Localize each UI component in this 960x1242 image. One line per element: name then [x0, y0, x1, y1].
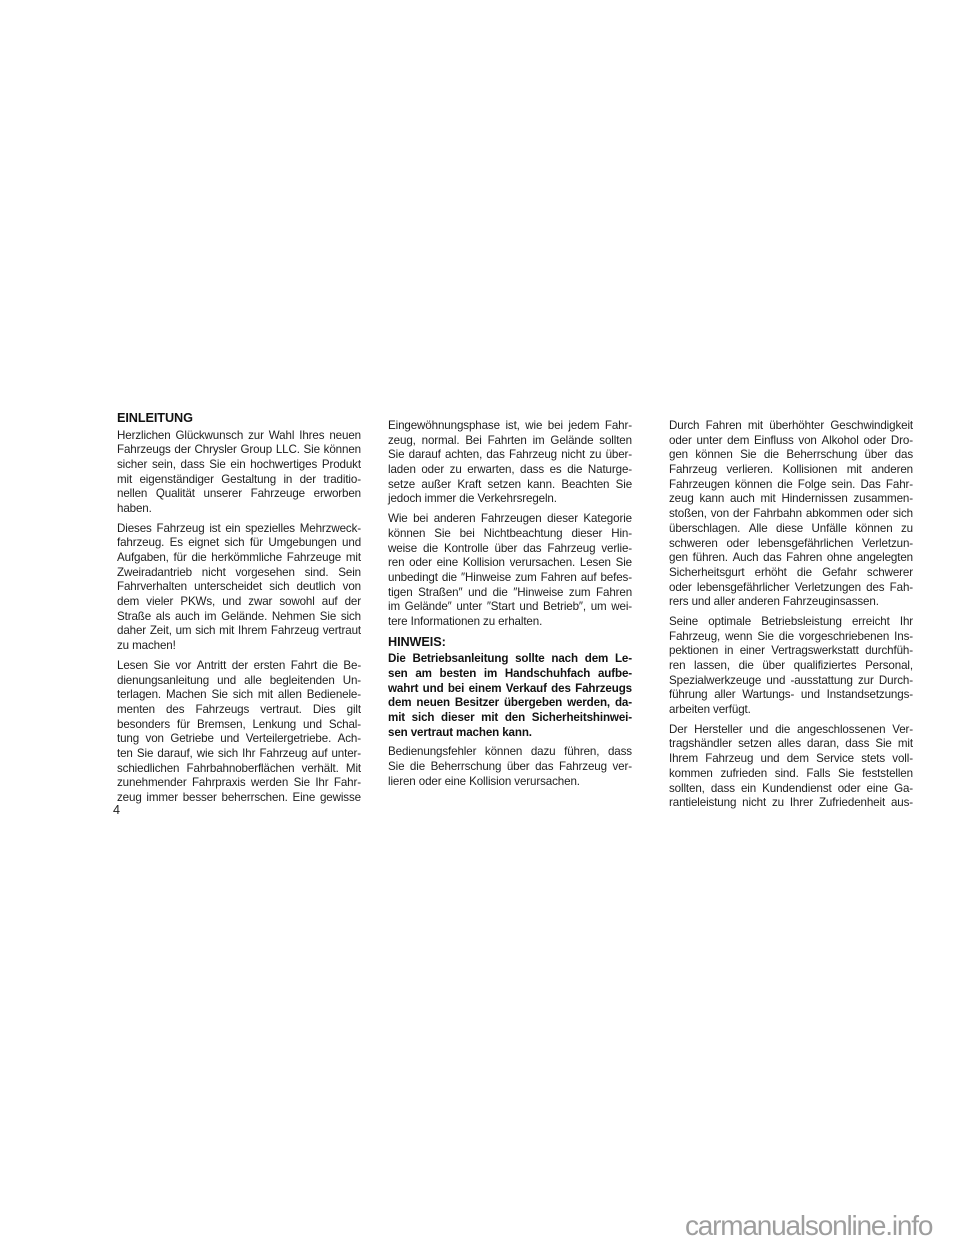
text-line: fahrzeug.EseignetsichfürUmgebungenund: [117, 536, 361, 551]
text-line: Siedaraufachten,dasFahrzeugnichtzuüber-: [388, 448, 632, 463]
text-line: mitsichdiesermitdenSicherheitshinwei-: [388, 711, 632, 726]
paragraph: HerzlichenGlückwunschzurWahlIhresneuenFa…: [117, 429, 361, 517]
text-line: rers und aller anderen Fahrzeuginsassen.: [669, 595, 913, 610]
text-line: SeineoptimaleBetriebsleistungerreichtIhr: [669, 615, 913, 630]
text-line: Fahrzeug,wennSiedievorgeschriebenenIns-: [669, 630, 913, 645]
text-line: zu machen!: [117, 639, 361, 654]
text-line: genkönnenSiedieBeherrschungüberdas: [669, 448, 913, 463]
text-line: wahrtundbeieinemVerkaufdesFahrzeugs: [388, 682, 632, 697]
text-line: Eingewöhnungsphaseist,wiebeijedemFahr-: [388, 419, 632, 434]
text-line: stoßen,vonderFahrbahnabkommenodersich: [669, 507, 913, 522]
section-heading: HINWEIS:: [388, 635, 632, 651]
text-line: demvielerPKWs,undzwarsowohlaufder: [117, 595, 361, 610]
text-line: dienungsanleitungundallebegleitendenUn-: [117, 674, 361, 689]
text-line: kommenzufriedensind.FallsSiefeststellen: [669, 767, 913, 782]
paragraph: SeineoptimaleBetriebsleistungerreichtIhr…: [669, 615, 913, 718]
text-line: setzeaußerKraftsetzenkann.BeachtenSie: [388, 478, 632, 493]
page-number: 4: [113, 803, 120, 817]
text-line: nellenQualitätunsererFahrzeugeerworben: [117, 487, 361, 502]
text-line: zunehmenderFahrpraxiswerdenSieIhrFahr-: [117, 776, 361, 791]
text-line: oderlebensgefährlicherVerletzungendesFah…: [669, 581, 913, 596]
paragraph: DerHerstellerunddieangeschlossenenVer-tr…: [669, 723, 913, 811]
text-line: FahrzeugsderChryslerGroupLLC.Siekönnen: [117, 443, 361, 458]
text-line: demneuenBesitzerübergebenwerden,da-: [388, 696, 632, 711]
text-line: unbedingtdie″HinweisezumFahrenaufbefes-: [388, 571, 632, 586]
text-line: rantieleistungnichtzuIhrerZufriedenheita…: [669, 796, 913, 811]
text-line: imGelände″unter″StartundBetrieb″,umwei-: [388, 600, 632, 615]
text-line: SicherheitsgurterhöhtdieGefahrschwerer: [669, 566, 913, 581]
text-line: FahrzeugenkönnendieFolgesein.DasFahr-: [669, 478, 913, 493]
paragraph: DieBetriebsanleitungsolltenachdemLe-sena…: [388, 652, 632, 740]
text-line: könnenSiebeiNichtbeachtungdieserHin-: [388, 527, 632, 542]
text-line: zeugkannauchmitHindernissenzusammen-: [669, 492, 913, 507]
text-line: renlassen,dieüberqualifiziertesPersonal,: [669, 659, 913, 674]
text-line: weisedieKontrolleüberdasFahrzeugverlie-: [388, 542, 632, 557]
text-line: SiedieBeherrschungüberdasFahrzeugver-: [388, 760, 632, 775]
watermark: carmanualsonline.info: [685, 1210, 932, 1242]
text-line: senambestenimHandschuhfachaufbe-: [388, 667, 632, 682]
text-line: schiedlichenFahrbahnoberflächenverhält.M…: [117, 762, 361, 777]
text-line: tragshändlersetzenallesdaran,dassSiemit: [669, 737, 913, 752]
text-line: tungvonGetriebeundVerteilergetriebe.Ach-: [117, 732, 361, 747]
text-line: WiebeianderenFahrzeugendieserKategorie: [388, 512, 632, 527]
text-column-middle: Eingewöhnungsphaseist,wiebeijedemFahr-ze…: [388, 419, 632, 794]
text-line: Fahrzeugverlieren.Kollisionenmitanderen: [669, 463, 913, 478]
text-line: StraßealsauchimGelände.NehmenSiesich: [117, 610, 361, 625]
text-line: Fahrverhaltenunterscheidetsichdeutlichvo…: [117, 580, 361, 595]
text-line: ladenoderzuerwarten,dassesdieNaturge-: [388, 463, 632, 478]
text-line: genführen.AuchdasFahrenohneangelegten: [669, 551, 913, 566]
text-line: DurchFahrenmitüberhöhterGeschwindigkeit: [669, 419, 913, 434]
paragraph: DiesesFahrzeugisteinspeziellesMehrzweck-…: [117, 522, 361, 654]
text-line: Spezialwerkzeugeund-ausstattungzurDurch-: [669, 674, 913, 689]
paragraph: DurchFahrenmitüberhöhterGeschwindigkeito…: [669, 419, 913, 610]
text-line: besondersfürBremsen,LenkungundSchal-: [117, 718, 361, 733]
text-line: sollten,dasseinKundendienstodereineGa-: [669, 782, 913, 797]
text-line: oderunterdemEinflussvonAlkoholoderDro-: [669, 434, 913, 449]
text-line: DieBetriebsanleitungsolltenachdemLe-: [388, 652, 632, 667]
section-heading: EINLEITUNG: [117, 411, 361, 427]
paragraph: Eingewöhnungsphaseist,wiebeijedemFahr-ze…: [388, 419, 632, 507]
text-line: IhremFahrzeugunddemServicestetsvoll-: [669, 752, 913, 767]
text-column-right: DurchFahrenmitüberhöhterGeschwindigkeito…: [669, 419, 913, 816]
text-line: sichersein,dassSieeinhochwertigesProdukt: [117, 458, 361, 473]
text-line: tigenStraßen″unddie″HinweisezumFahren: [388, 586, 632, 601]
text-line: renodereineKollisionverursachen.LesenSie: [388, 556, 632, 571]
text-line: HerzlichenGlückwunschzurWahlIhresneuen: [117, 429, 361, 444]
text-line: Zweiradantriebnichtvorgesehensind.Sein: [117, 566, 361, 581]
text-line: DerHerstellerunddieangeschlossenenVer-: [669, 723, 913, 738]
manual-page: EINLEITUNGHerzlichenGlückwunschzurWahlIh…: [0, 0, 960, 1242]
paragraph: Bedienungsfehlerkönnendazuführen,dassSie…: [388, 745, 632, 789]
text-line: arbeiten verfügt.: [669, 703, 913, 718]
paragraph: LesenSievorAntrittdererstenFahrtdieBe-di…: [117, 659, 361, 806]
text-line: haben.: [117, 502, 361, 517]
text-line: tenSiedarauf,wiesichIhrFahrzeugaufunter-: [117, 747, 361, 762]
text-line: LesenSievorAntrittdererstenFahrtdieBe-: [117, 659, 361, 674]
text-line: miteigenständigerGestaltungindertraditio…: [117, 473, 361, 488]
text-line: tere Informationen zu erhalten.: [388, 615, 632, 630]
text-line: führungallerWartungs-undInstandsetzungs-: [669, 688, 913, 703]
text-line: sen vertraut machen kann.: [388, 726, 632, 741]
text-line: überschlagen.AlledieseUnfällekönnenzu: [669, 522, 913, 537]
paragraph: WiebeianderenFahrzeugendieserKategoriekö…: [388, 512, 632, 630]
text-line: daherZeit,umsichmitIhremFahrzeugvertraut: [117, 624, 361, 639]
text-line: DiesesFahrzeugisteinspeziellesMehrzweck-: [117, 522, 361, 537]
text-line: Aufgaben,fürdieherkömmlicheFahrzeugemit: [117, 551, 361, 566]
text-line: Bedienungsfehlerkönnendazuführen,dass: [388, 745, 632, 760]
text-line: lieren oder eine Kollision verursachen.: [388, 775, 632, 790]
text-column-left: EINLEITUNGHerzlichenGlückwunschzurWahlIh…: [117, 411, 361, 811]
text-line: pektionenineinerVertragswerkstattdurchfü…: [669, 644, 913, 659]
text-line: mentendesFahrzeugsvertraut.Diesgilt: [117, 703, 361, 718]
text-line: zeugimmerbesserbeherrschen.Einegewisse: [117, 791, 361, 806]
text-line: jedoch immer die Verkehrsregeln.: [388, 492, 632, 507]
text-line: terlagen.MachenSiesichmitallenBedienele-: [117, 688, 361, 703]
text-line: schwerenoderlebensgefährlichenVerletzun-: [669, 537, 913, 552]
text-line: zeug,normal.BeiFahrtenimGeländesollten: [388, 434, 632, 449]
